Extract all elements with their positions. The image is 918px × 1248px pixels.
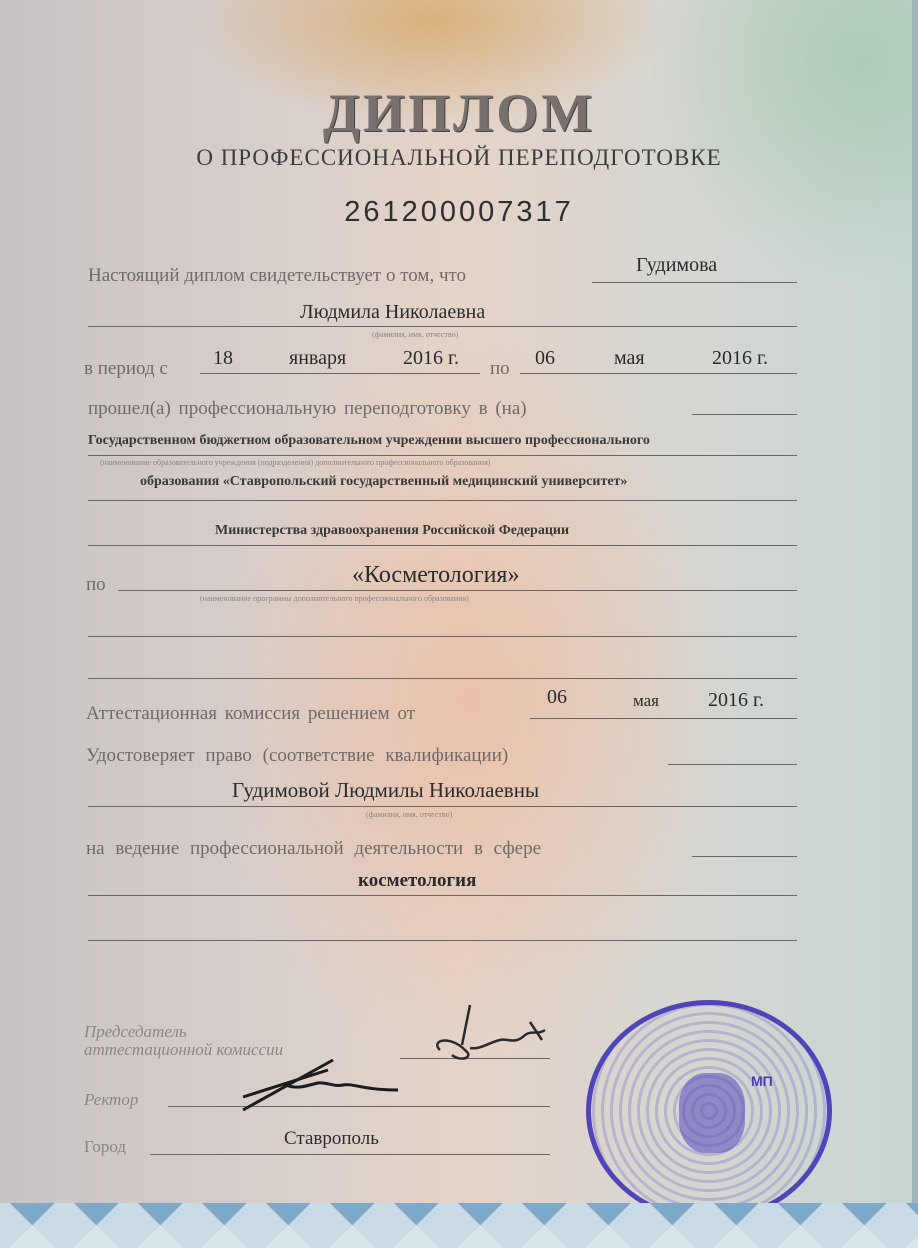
city-value: Ставрополь — [284, 1128, 379, 1150]
city-line — [150, 1154, 550, 1155]
institution-label: прошел(а) профессиональную переподготовк… — [88, 398, 527, 420]
attestation-day: 06 — [547, 686, 567, 709]
city-label: Город — [84, 1137, 126, 1157]
institution-label-line — [692, 414, 797, 415]
period-from-year: 2016 г. — [403, 347, 459, 370]
qualification-holder-name: Гудимовой Людмилы Николаевны — [232, 778, 539, 803]
document-subtitle: О ПРОФЕССИОНАЛЬНОЙ ПЕРЕПОДГОТОВКЕ — [0, 145, 918, 171]
rector-signature — [238, 1055, 403, 1115]
qualification-label-line — [668, 764, 797, 765]
qualification-label: Удостоверяет право (соответствие квалифи… — [86, 745, 508, 767]
name-caption: (фамилия, имя, отчество) — [372, 330, 458, 339]
attestation-year: 2016 г. — [708, 689, 764, 712]
period-to-line — [520, 373, 797, 374]
official-seal: МП — [586, 1000, 832, 1222]
document-number: 261200007317 — [0, 196, 918, 229]
surname-line — [592, 282, 797, 283]
paper-edge — [912, 0, 918, 1248]
period-from-day: 18 — [213, 347, 233, 370]
period-to-year: 2016 г. — [712, 347, 768, 370]
attestation-line — [530, 718, 797, 719]
coat-of-arms-icon — [679, 1073, 745, 1153]
chair-signature — [430, 1000, 560, 1065]
sphere-label-line — [692, 856, 797, 857]
period-from-month: января — [289, 347, 346, 370]
name-line — [88, 326, 797, 327]
period-from-line — [200, 373, 480, 374]
program-line — [118, 590, 797, 591]
holder-name: Людмила Николаевна — [300, 301, 485, 324]
rector-label: Ректор — [84, 1090, 138, 1110]
institution-line-2-rule — [88, 500, 797, 501]
intro-label: Настоящий диплом свидетельствует о том, … — [88, 265, 466, 287]
blank-line-3 — [88, 940, 797, 941]
institution-line-3: Министерства здравоохранения Российской … — [215, 523, 569, 539]
program-label: по — [86, 574, 106, 596]
institution-line-2: образования «Ставропольский государствен… — [140, 474, 627, 490]
chair-label-1: Председатель — [84, 1022, 187, 1042]
qualification-name-caption: (фамилия, имя, отчество) — [366, 810, 452, 819]
sphere-value: косметология — [358, 870, 476, 892]
qualification-name-line — [88, 806, 797, 807]
blank-line-2 — [88, 678, 797, 679]
holder-surname: Гудимова — [636, 254, 717, 277]
blank-line-1 — [88, 636, 797, 637]
program-name: «Косметология» — [352, 562, 519, 589]
document-title: ДИПЛОМ — [0, 82, 918, 144]
period-from-label: в период с — [84, 358, 168, 380]
program-caption: (наименование программы дополнительного … — [200, 594, 469, 603]
attestation-month: мая — [633, 691, 659, 711]
institution-caption: (наименование образовательного учреждени… — [100, 458, 490, 467]
institution-line-3-rule — [88, 545, 797, 546]
period-to-month: мая — [614, 347, 645, 370]
sphere-label: на ведение профессиональной деятельности… — [86, 838, 541, 860]
institution-line-1-rule — [88, 455, 797, 456]
attestation-label: Аттестационная комиссия решением от — [86, 703, 415, 725]
institution-line-1: Государственном бюджетном образовательно… — [88, 433, 650, 449]
sphere-line — [88, 895, 797, 896]
period-to-day: 06 — [535, 347, 555, 370]
decorative-border — [0, 1203, 918, 1248]
period-to-label: по — [490, 358, 510, 380]
seal-mp-text: МП — [751, 1073, 773, 1089]
